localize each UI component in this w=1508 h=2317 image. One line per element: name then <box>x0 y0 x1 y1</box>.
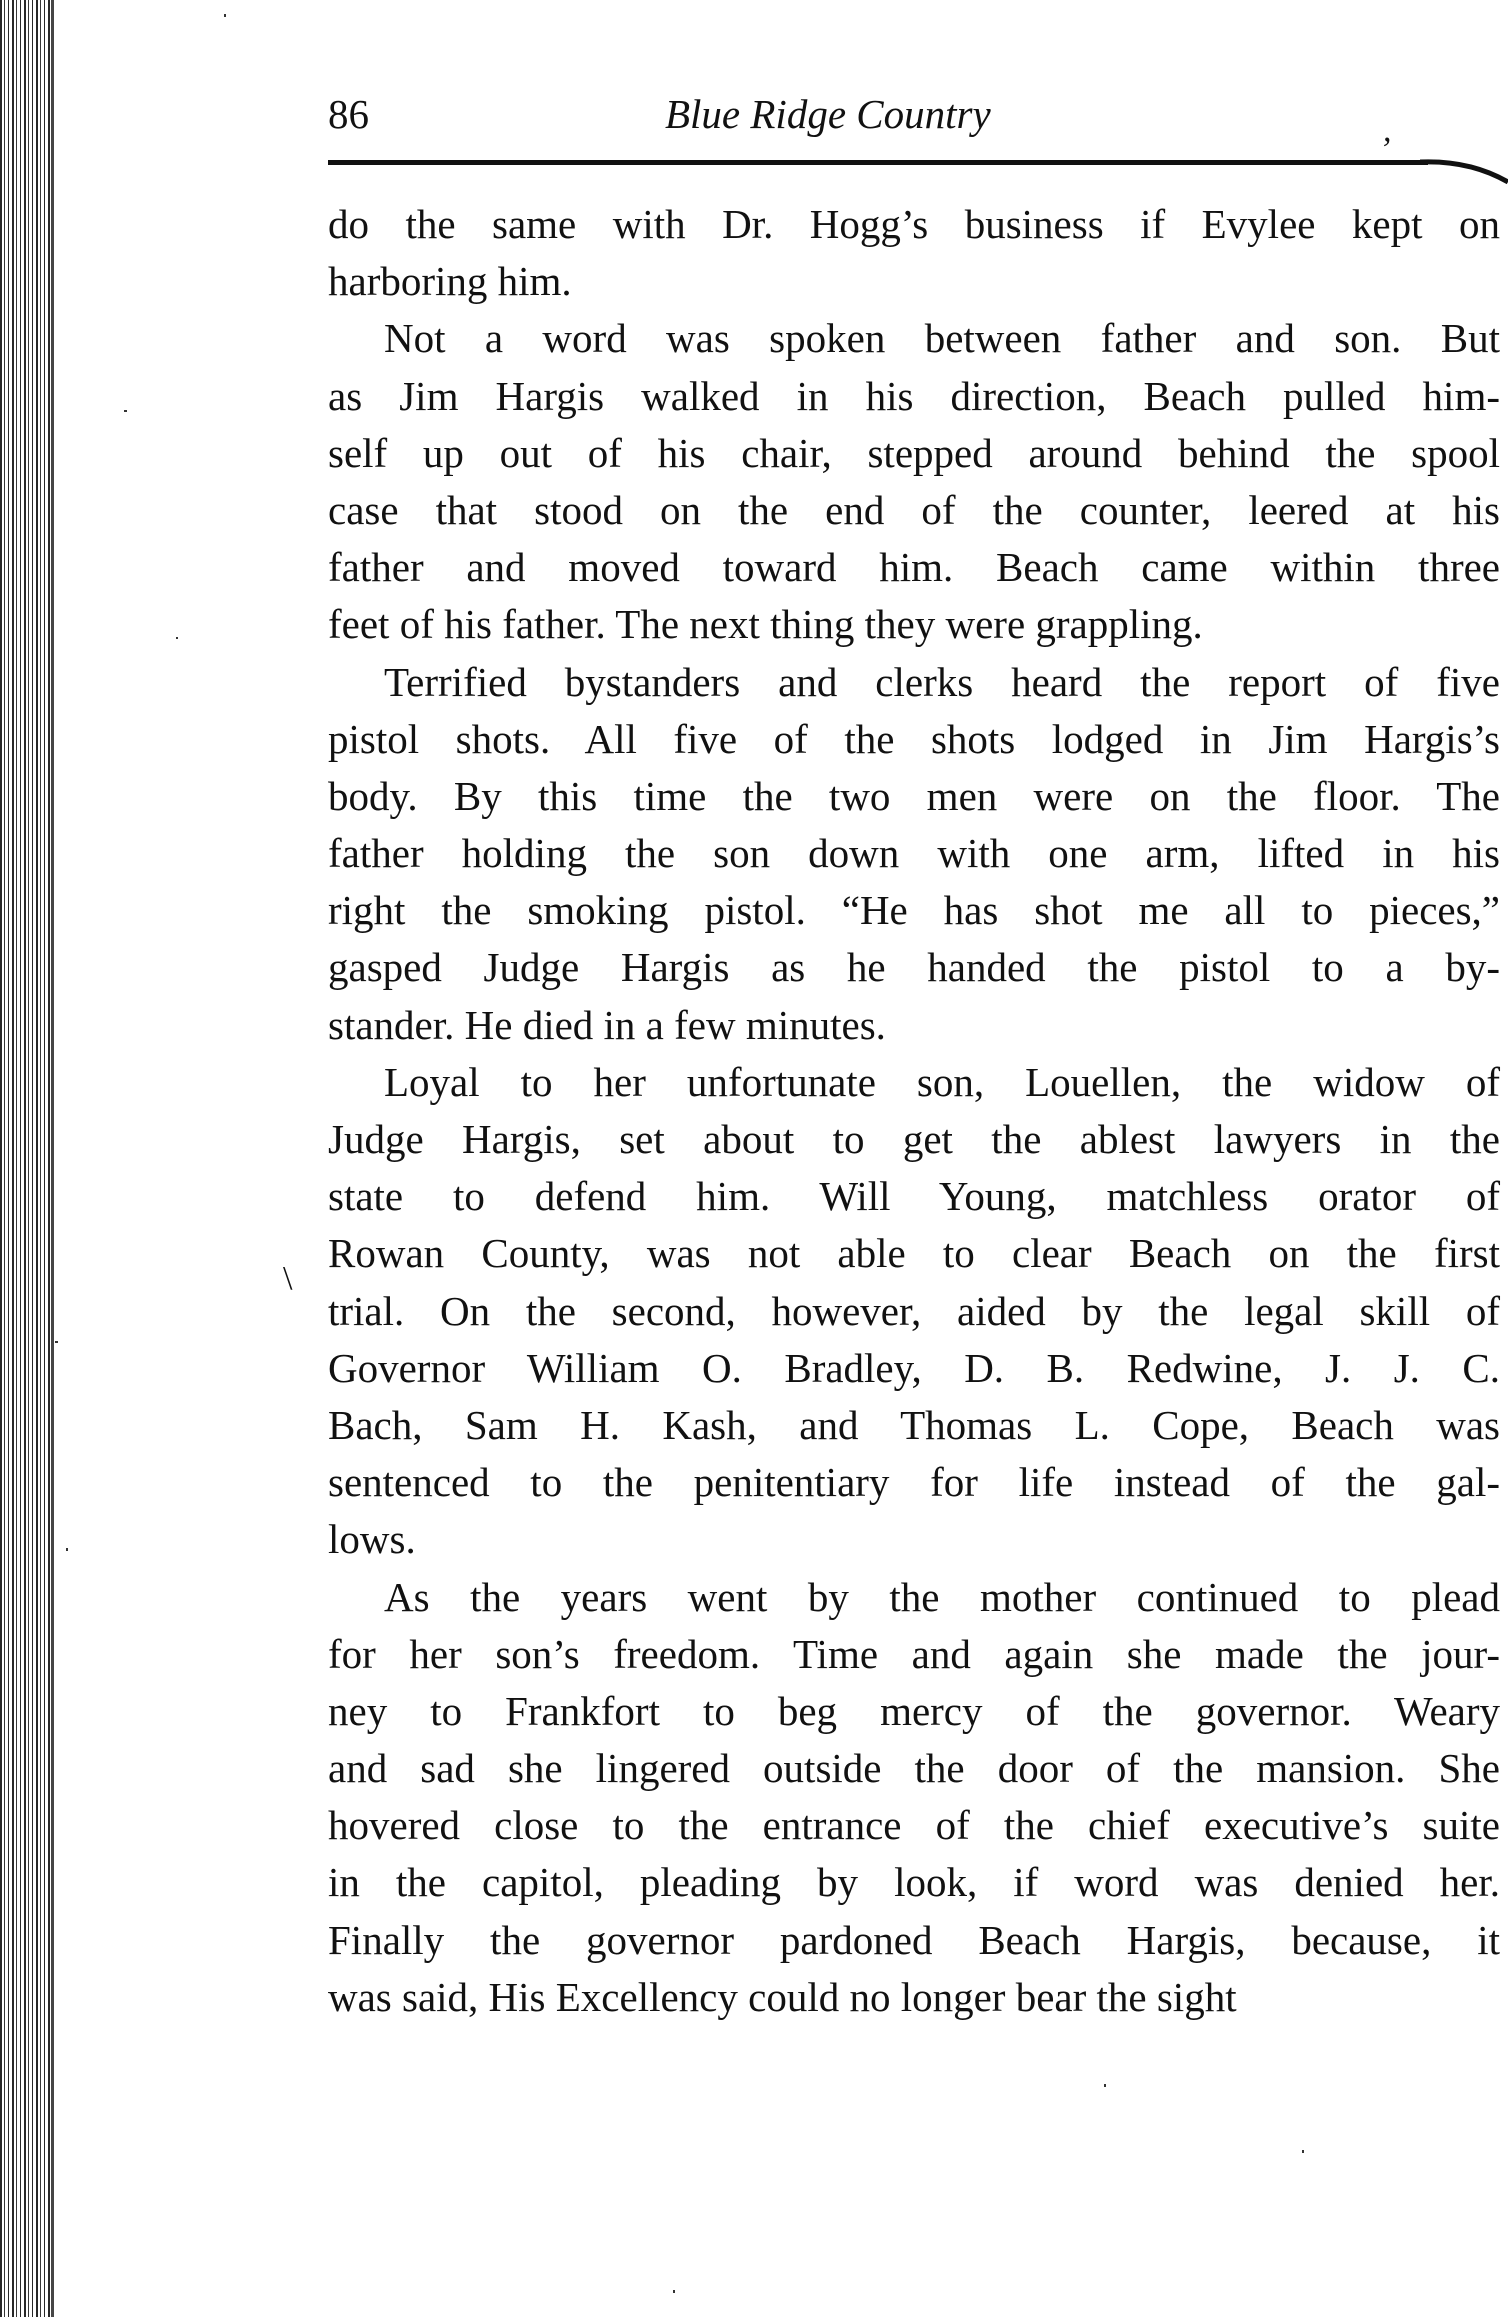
text-line: and sad she lingered outside the door of… <box>328 1740 1500 1797</box>
text-line: as Jim Hargis walked in his direction, B… <box>328 368 1500 425</box>
text-line: for her son’s freedom. Time and again sh… <box>328 1626 1500 1683</box>
speck <box>1104 2084 1106 2087</box>
speck <box>66 1548 68 1551</box>
text-line: Bach, Sam H. Kash, and Thomas L. Cope, B… <box>328 1397 1500 1454</box>
text-line: father and moved toward him. Beach came … <box>328 539 1500 596</box>
text-line: self up out of his chair, stepped around… <box>328 425 1500 482</box>
speck <box>176 637 178 639</box>
text-line: body. By this time the two men were on t… <box>328 768 1500 825</box>
text-line: sentenced to the penitentiary for life i… <box>328 1454 1500 1511</box>
speck <box>673 2290 675 2293</box>
text-line: case that stood on the end of the counte… <box>328 482 1500 539</box>
speck <box>1302 2150 1304 2153</box>
text-line: father holding the son down with one arm… <box>328 825 1500 882</box>
text-line: stander. He died in a few minutes. <box>328 997 1500 1054</box>
stray-mark: , <box>1383 112 1392 150</box>
speck <box>224 14 226 17</box>
margin-mark: \ <box>283 1260 292 1298</box>
text-line: feet of his father. The next thing they … <box>328 596 1500 653</box>
speck <box>124 410 127 412</box>
text-line: As the years went by the mother continue… <box>328 1569 1500 1626</box>
book-binding-edge <box>0 0 50 2317</box>
text-line: Terrified bystanders and clerks heard th… <box>328 654 1500 711</box>
text-line: hovered close to the entrance of the chi… <box>328 1797 1500 1854</box>
text-line: pistol shots. All five of the shots lodg… <box>328 711 1500 768</box>
text-line: Finally the governor pardoned Beach Harg… <box>328 1912 1500 1969</box>
running-title: Blue Ridge Country <box>665 90 991 138</box>
text-line: Rowan County, was not able to clear Beac… <box>328 1225 1500 1282</box>
header-rule-curve <box>1420 156 1508 186</box>
text-line: lows. <box>328 1511 1500 1568</box>
page-number: 86 <box>328 90 369 138</box>
text-line: ney to Frankfort to beg mercy of the gov… <box>328 1683 1500 1740</box>
speck <box>55 1341 58 1343</box>
text-line: do the same with Dr. Hogg’s business if … <box>328 196 1500 253</box>
text-line: gasped Judge Hargis as he handed the pis… <box>328 939 1500 996</box>
body-text: do the same with Dr. Hogg’s business if … <box>328 196 1500 2026</box>
text-line: Governor William O. Bradley, D. B. Redwi… <box>328 1340 1500 1397</box>
text-line: in the capitol, pleading by look, if wor… <box>328 1854 1500 1911</box>
text-line: Judge Hargis, set about to get the ables… <box>328 1111 1500 1168</box>
text-line: was said, His Excellency could no longer… <box>328 1969 1500 2026</box>
text-line: state to defend him. Will Young, matchle… <box>328 1168 1500 1225</box>
header-rule <box>328 160 1428 165</box>
text-line: right the smoking pistol. “He has shot m… <box>328 882 1500 939</box>
page-header: 86 Blue Ridge Country , <box>328 80 1488 140</box>
text-line: Not a word was spoken between father and… <box>328 310 1500 367</box>
text-line: trial. On the second, however, aided by … <box>328 1283 1500 1340</box>
text-line: Loyal to her unfortunate son, Louellen, … <box>328 1054 1500 1111</box>
text-line: harboring him. <box>328 253 1500 310</box>
